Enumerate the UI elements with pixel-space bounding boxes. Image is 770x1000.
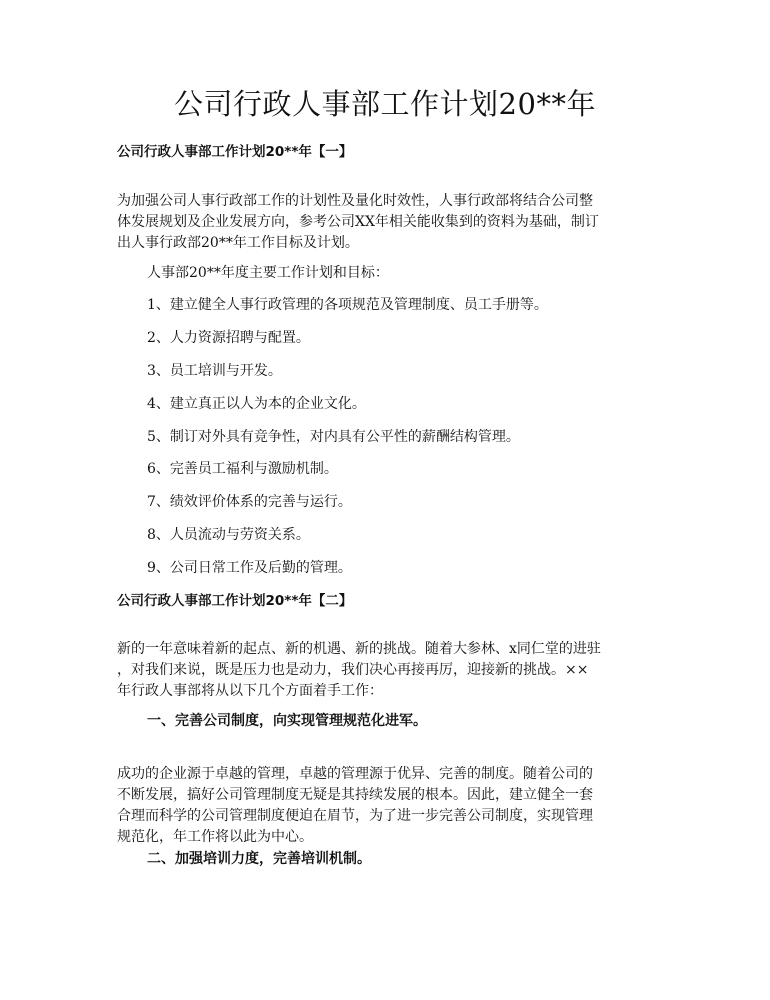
section-1-intro-paragraph: 为加强公司人事行政部工作的计划性及量化时效性，人事行政部将结合公司整 体发展规划… — [117, 191, 657, 254]
goal-item: 2、人力资源招聘与配置。 — [147, 329, 310, 347]
paragraph-line: 年行政人事部将从以下几个方面着手工作： — [117, 681, 657, 702]
paragraph-line: 不断发展，搞好公司管理制度无疑是其持续发展的根本。因此，建立健全一套 — [117, 785, 657, 806]
paragraph-line: 新的一年意味着新的起点、新的机遇、新的挑战。随着大参林、x同仁堂的进驻 — [117, 639, 657, 660]
paragraph-line: 合理而科学的公司管理制度便迫在眉节，为了进一步完善公司制度，实现管理 — [117, 806, 657, 827]
paragraph-line: ，对我们来说，既是压力也是动力，我们决心再接再厉，迎接新的挑战。×× — [117, 660, 657, 681]
document-title: 公司行政人事部工作计划20**年 — [0, 84, 770, 124]
goal-item: 7、绩效评价体系的完善与运行。 — [147, 493, 352, 511]
paragraph-line: 体发展规划及企业发展方向，参考公司XX年相关能收集到的资料为基础，制订 — [117, 212, 657, 233]
section-2-heading: 公司行政人事部工作计划20**年【二】 — [117, 592, 352, 610]
paragraph-line: 成功的企业源于卓越的管理，卓越的管理源于优异、完善的制度。随着公司的 — [117, 764, 657, 785]
document-page: 公司行政人事部工作计划20**年 公司行政人事部工作计划20**年【一】 为加强… — [0, 0, 770, 1000]
goal-item: 9、公司日常工作及后勤的管理。 — [147, 559, 352, 577]
goal-item: 3、员工培训与开发。 — [147, 362, 282, 380]
goal-item: 6、完善员工福利与激励机制。 — [147, 460, 338, 478]
goal-item: 4、建立真正以人为本的企业文化。 — [147, 395, 366, 413]
paragraph-line: 为加强公司人事行政部工作的计划性及量化时效性，人事行政部将结合公司整 — [117, 191, 657, 212]
paragraph-line: 规范化，年工作将以此为中心。 — [117, 827, 657, 848]
goal-item: 1、建立健全人事行政管理的各项规范及管理制度、员工手册等。 — [147, 296, 548, 314]
section-2-intro-paragraph: 新的一年意味着新的起点、新的机遇、新的挑战。随着大参林、x同仁堂的进驻 ，对我们… — [117, 639, 657, 702]
goal-item: 8、人员流动与劳资关系。 — [147, 526, 310, 544]
paragraph-line: 出人事行政部20**年工作目标及计划。 — [117, 233, 657, 254]
subsection-1-paragraph: 成功的企业源于卓越的管理，卓越的管理源于优异、完善的制度。随着公司的 不断发展，… — [117, 764, 657, 848]
subsection-2-heading: 二、加强培训力度，完善培训机制。 — [147, 850, 371, 868]
goals-heading: 人事部20**年度主要工作计划和目标： — [147, 264, 389, 282]
goal-item: 5、制订对外具有竞争性，对内具有公平性的薪酬结构管理。 — [147, 428, 520, 446]
section-1-heading: 公司行政人事部工作计划20**年【一】 — [117, 143, 352, 161]
subsection-1-heading: 一、完善公司制度，向实现管理规范化进军。 — [147, 712, 427, 730]
